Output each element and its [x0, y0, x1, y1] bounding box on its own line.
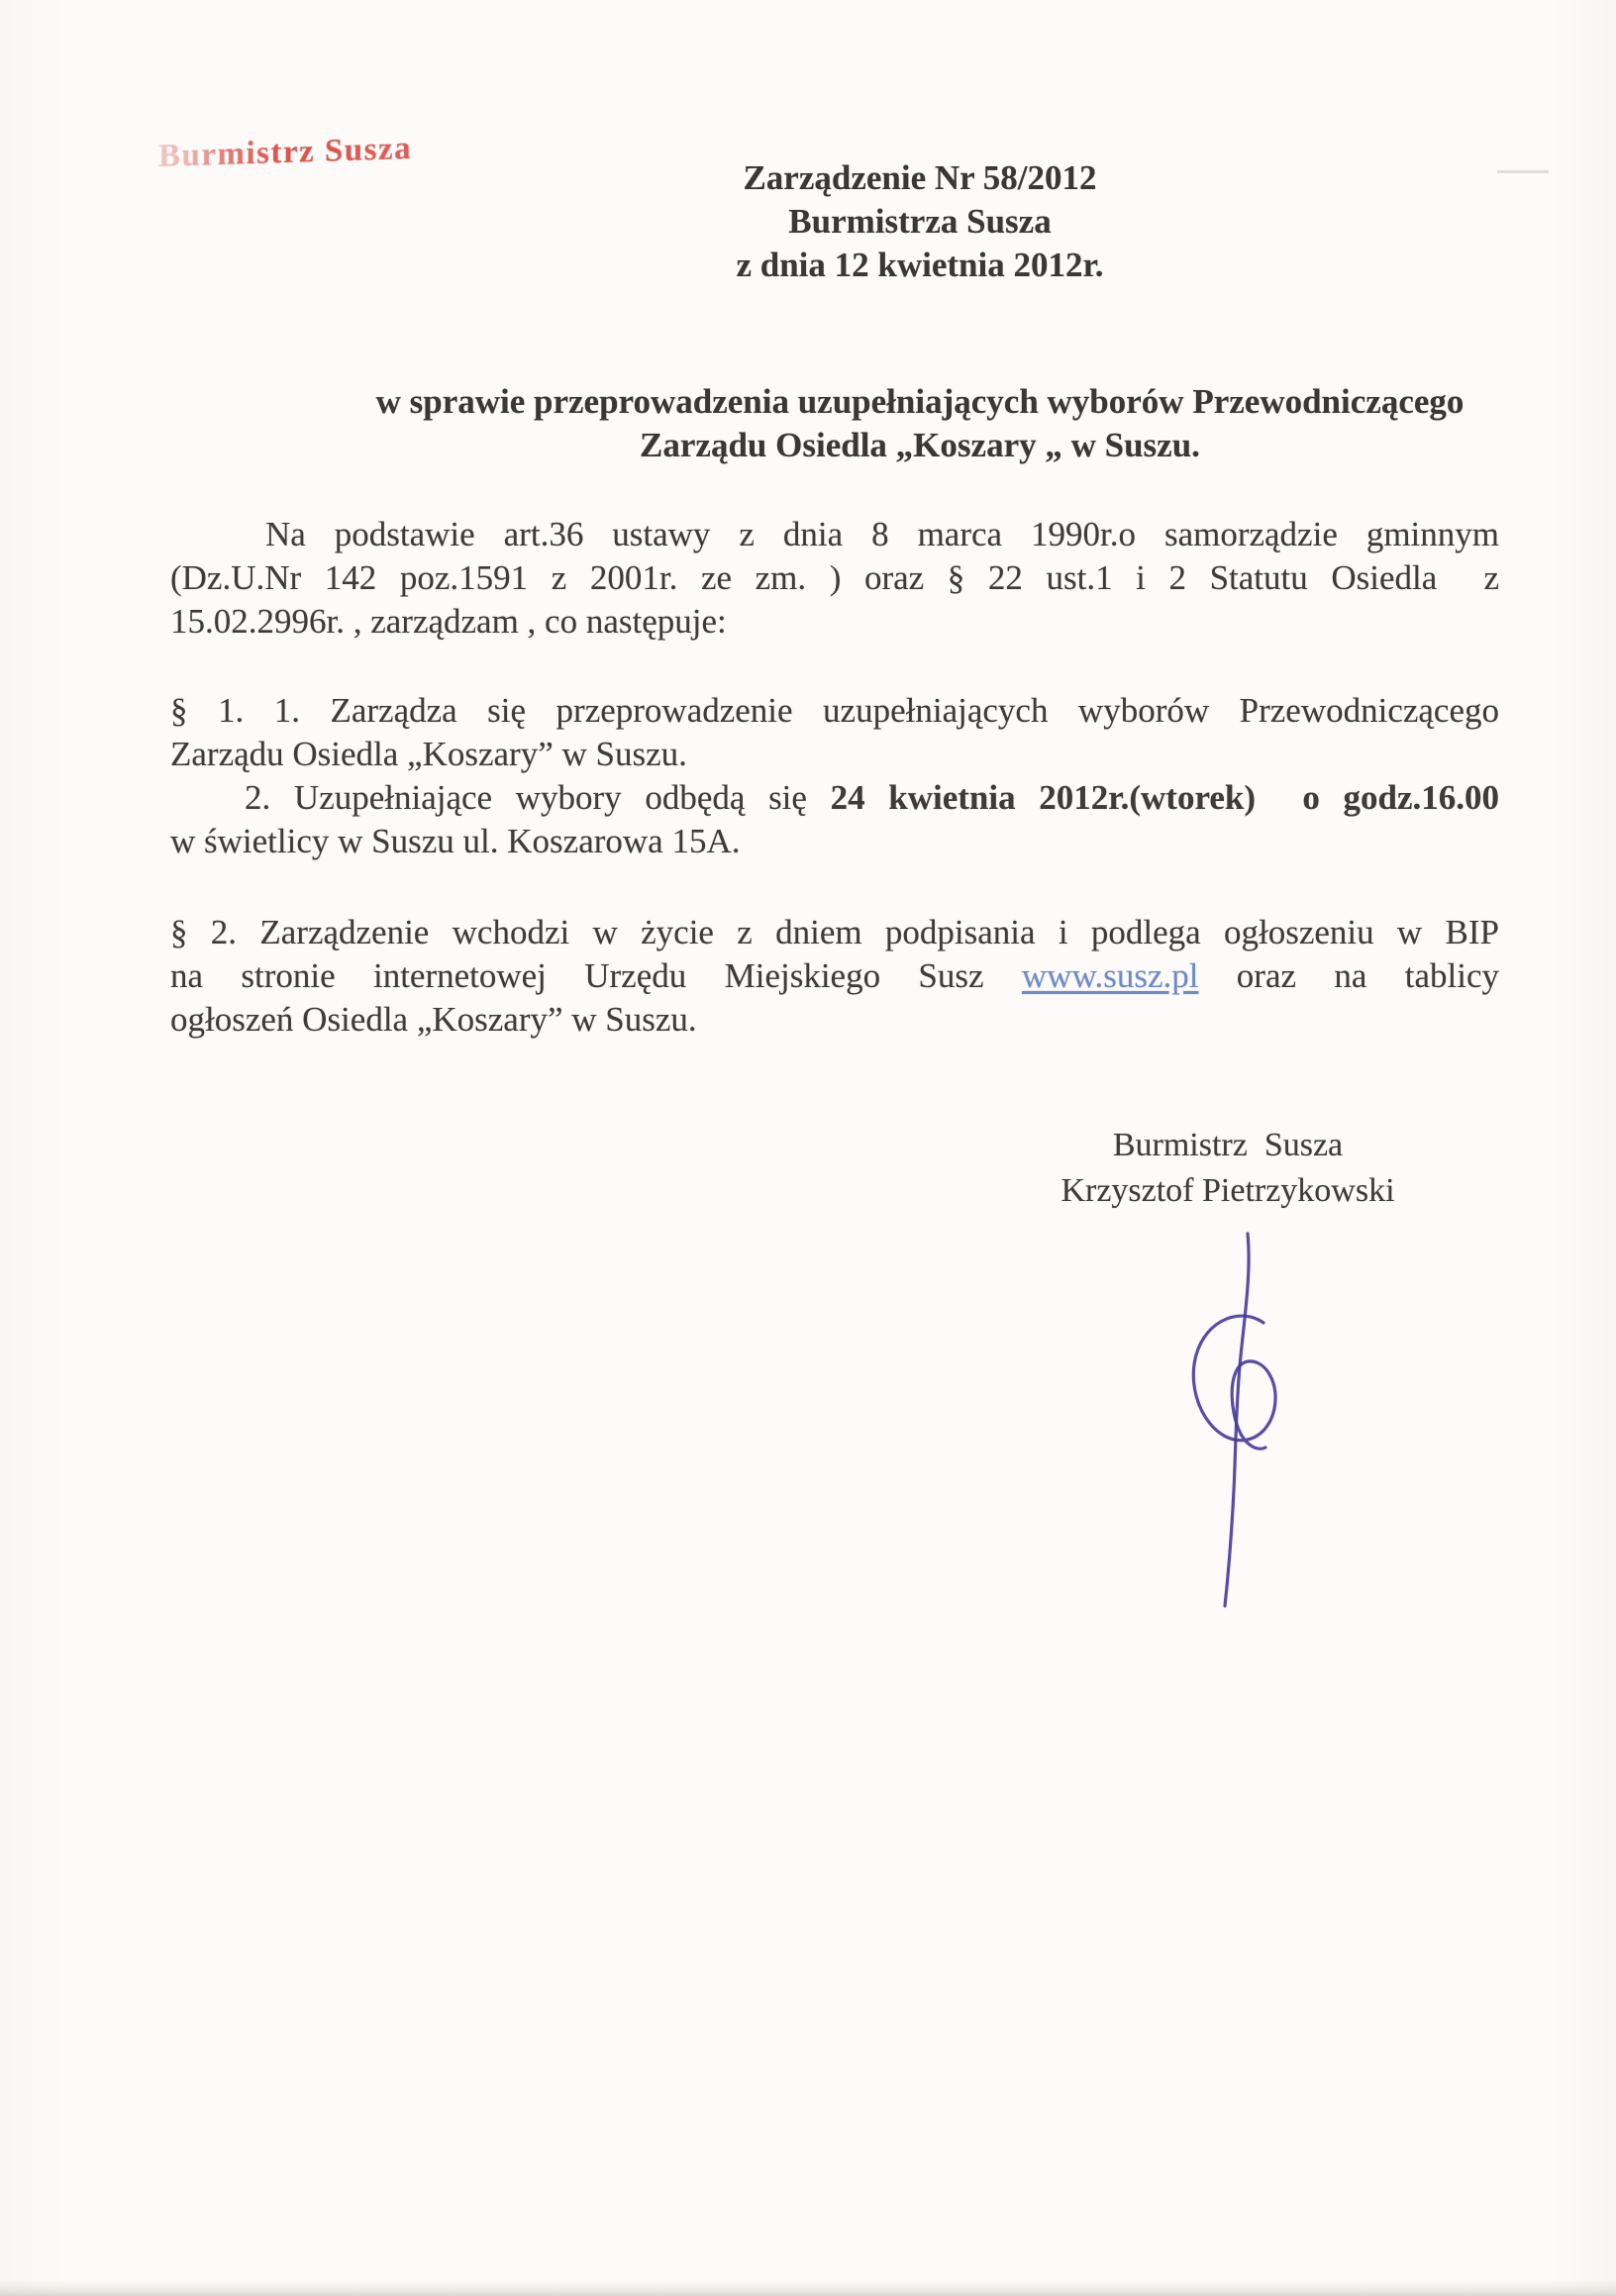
subject-line-1: w sprawie przeprowadzenia uzupełniającyc… — [276, 380, 1564, 424]
paragraph-2-line-2: na stronie internetowej Urzędu Miejskieg… — [170, 954, 1499, 998]
signatory-name: Krzysztof Pietrzykowski — [980, 1168, 1475, 1214]
paragraph-1-line-4: w świetlicy w Suszu ul. Koszarowa 15A. — [170, 820, 1499, 863]
paragraph-1-line-1: § 1. 1. Zarządza się przeprowadzenie uzu… — [170, 689, 1499, 733]
paragraph-2: § 2. Zarządzenie wchodzi w życie z dniem… — [170, 911, 1499, 1042]
legal-basis-line-2: (Dz.U.Nr 142 poz.1591 z 2001r. ze zm. ) … — [170, 556, 1499, 600]
scan-edge-shadow — [0, 2280, 1616, 2296]
text-segment: na stronie internetowej Urzędu Miejskieg… — [170, 956, 1022, 995]
document-subject: w sprawie przeprowadzenia uzupełniającyc… — [276, 380, 1564, 467]
title-line-number: Zarządzenie Nr 58/2012 — [474, 156, 1365, 200]
mayor-red-stamp: Burmistrz Susza — [158, 131, 412, 175]
handwritten-signature — [1139, 1228, 1337, 1614]
signature-loop-stroke — [1193, 1316, 1275, 1448]
text-segment: oraz na tablicy — [1198, 956, 1499, 995]
legal-basis-paragraph: Na podstawie art.36 ustawy z dnia 8 marc… — [170, 513, 1499, 644]
paragraph-2-line-3: ogłoszeń Osiedla „Koszary” w Suszu. — [170, 998, 1499, 1042]
scan-artifact-dash — [1497, 170, 1549, 173]
signatory-title: Burmistrz Susza — [980, 1123, 1475, 1168]
signature-block: Burmistrz Susza Krzysztof Pietrzykowski — [980, 1123, 1475, 1214]
title-line-date: z dnia 12 kwietnia 2012r. — [474, 244, 1365, 287]
text-segment: 24 kwietnia 2012r.(wtorek) o godz.16.00 — [831, 778, 1499, 817]
subject-line-2: Zarządu Osiedla „Koszary „ w Suszu. — [276, 424, 1564, 467]
title-line-issuer: Burmistrza Susza — [474, 200, 1365, 244]
legal-basis-line-3: 15.02.2996r. , zarządzam , co następuje: — [170, 600, 1499, 644]
paragraph-2-line-1: § 2. Zarządzenie wchodzi w życie z dniem… — [170, 911, 1499, 954]
paragraph-1: § 1. 1. Zarządza się przeprowadzenie uzu… — [170, 689, 1499, 863]
text-segment: 2. Uzupełniające wybory odbędą się — [245, 778, 831, 817]
susz-website-link[interactable]: www.susz.pl — [1022, 956, 1199, 995]
paragraph-1-line-3: 2. Uzupełniające wybory odbędą się 24 kw… — [170, 776, 1499, 820]
legal-basis-line-1: Na podstawie art.36 ustawy z dnia 8 marc… — [170, 513, 1499, 556]
paragraph-1-line-2: Zarządu Osiedla „Koszary” w Suszu. — [170, 733, 1499, 776]
document-title: Zarządzenie Nr 58/2012 Burmistrza Susza … — [474, 156, 1365, 287]
scanned-document-page: Burmistrz Susza Zarządzenie Nr 58/2012 B… — [0, 0, 1616, 2296]
